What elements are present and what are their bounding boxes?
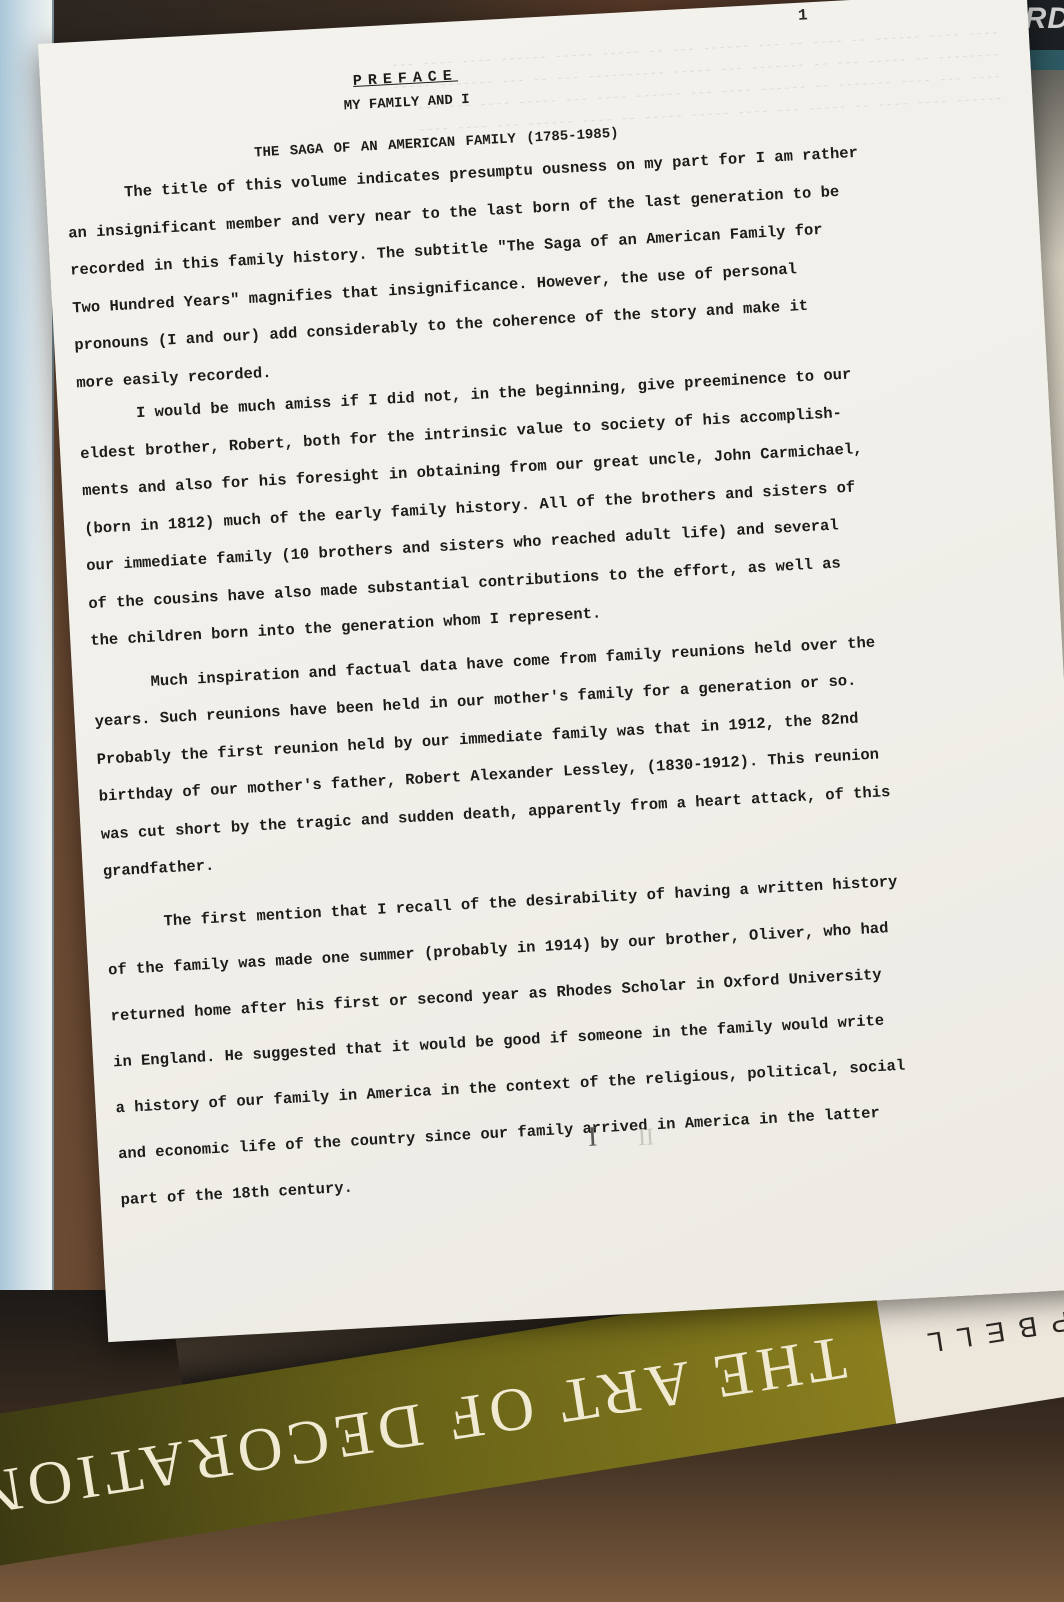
paragraph-2: I would be much amiss if I did not, in t… [77,357,860,661]
document-page: ---- ---- ------ -- ---- -- --- ------ -… [38,0,1064,1342]
handwritten-mark: I [587,1121,598,1153]
paragraph-3: Much inspiration and factual data have c… [92,625,873,891]
faint-mark: II [637,1124,654,1152]
paragraph-4: The first mention that I recall of the d… [104,860,890,1223]
book-author: AMPBELL [912,1293,1064,1360]
